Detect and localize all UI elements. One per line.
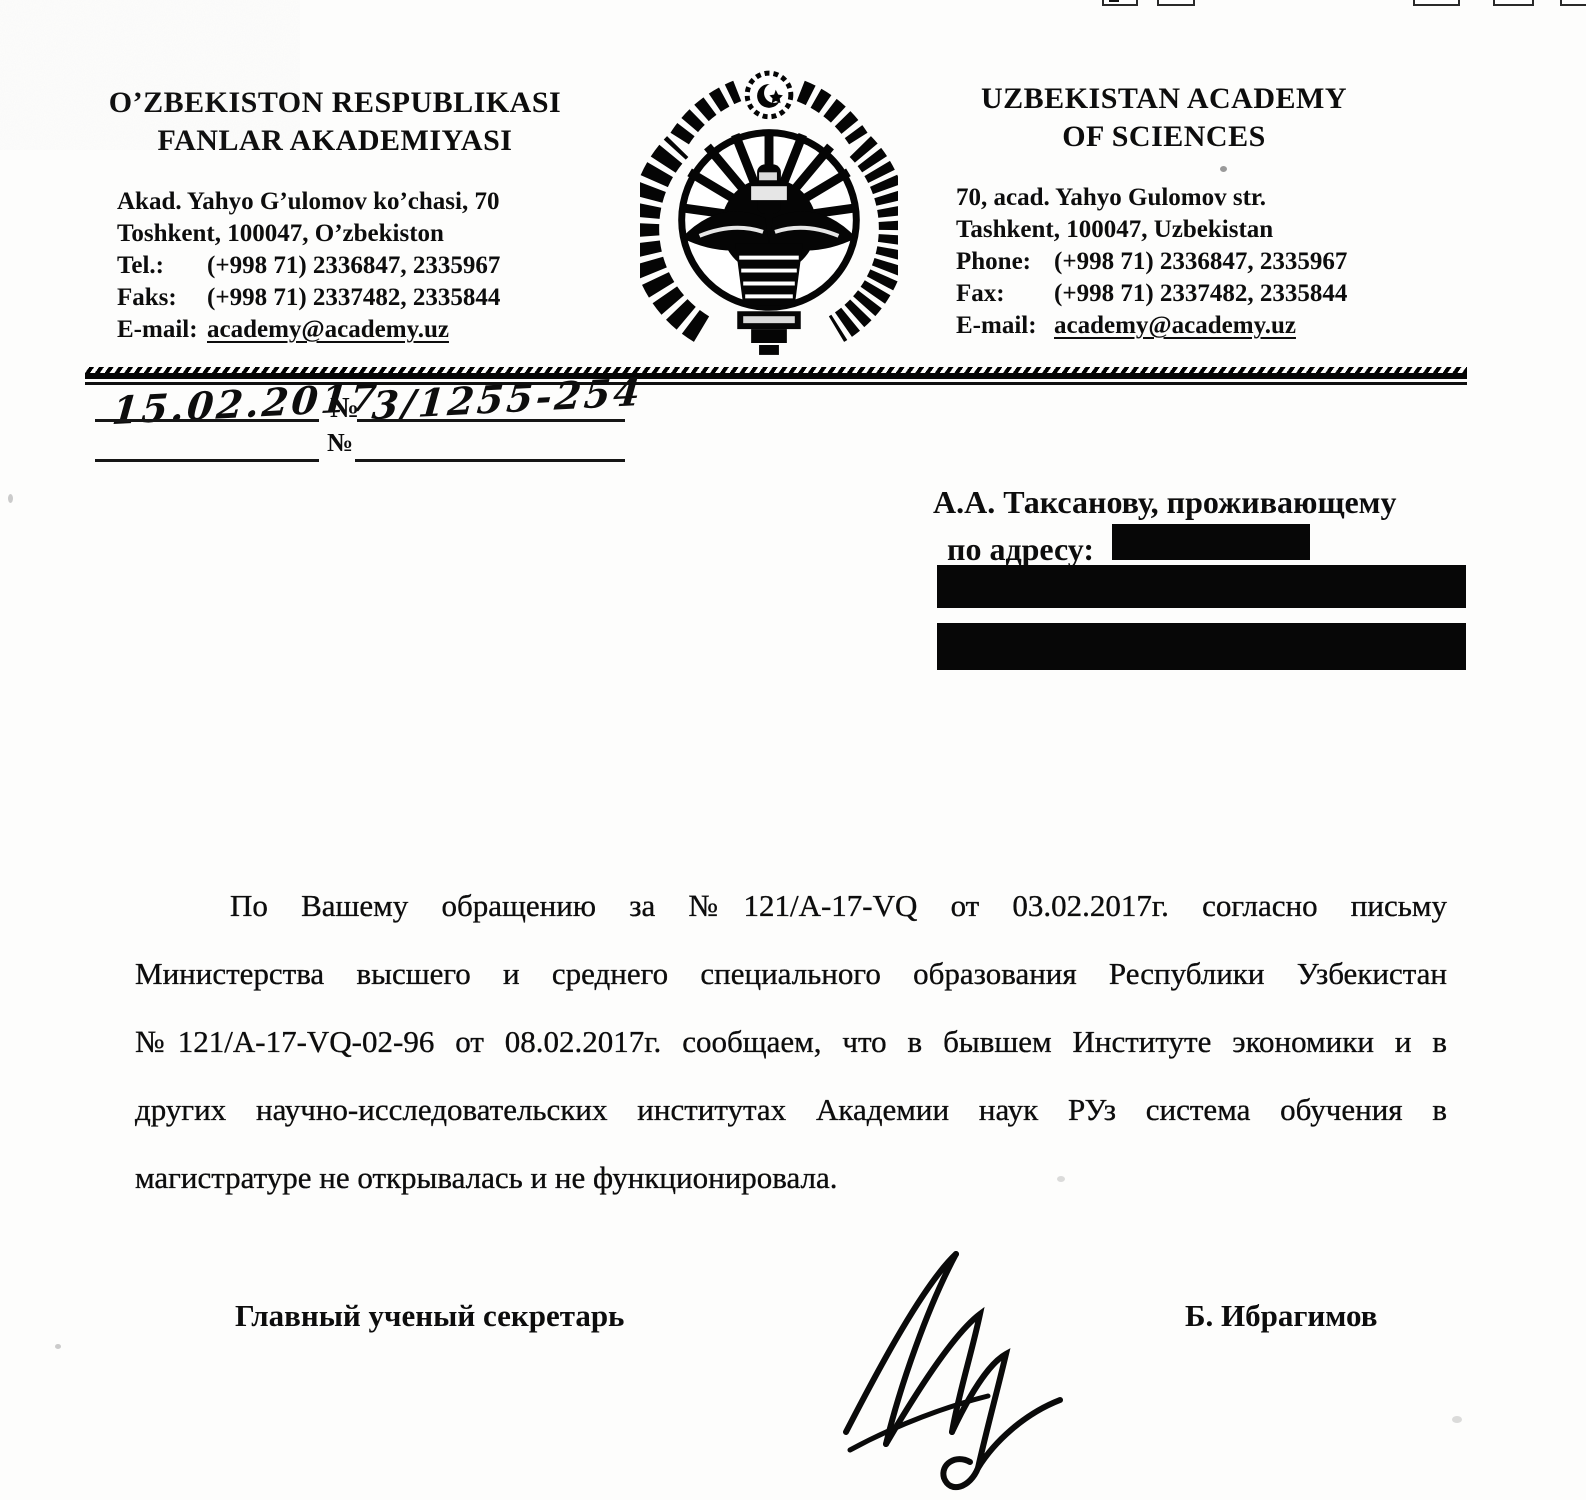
handwritten-signature: [828, 1236, 1138, 1492]
city-en: Tashkent, 100047, Uzbekistan: [956, 214, 1380, 246]
org-title-uz-line1: O’ZBEKISTON RESPUBLIKASI: [85, 84, 585, 122]
redaction-box-inline: [1112, 524, 1310, 560]
address-uz: Akad. Yahyo G’ulomov ko’chasi, 70 Toshke…: [85, 186, 585, 346]
number-sign-2: №: [327, 428, 353, 458]
letterhead-left-block: O’ZBEKISTON RESPUBLIKASI FANLAR AKADEMIY…: [85, 84, 585, 346]
phone-value-en: (+998 71) 2336847, 2335967: [1054, 246, 1347, 278]
org-title-uz-line2: FANLAR AKADEMIYASI: [85, 122, 585, 160]
body-line-4: других научно-исследовательских институт…: [135, 1076, 1447, 1144]
letterhead-right-block: UZBEKISTAN ACADEMY OF SCIENCES 70, acad.…: [948, 80, 1380, 342]
fax-row-uz: Faks: (+998 71) 2337482, 2335844: [117, 282, 585, 314]
number-sign-1: №: [330, 392, 359, 425]
fax-row-en: Fax: (+998 71) 2337482, 2335844: [956, 278, 1380, 310]
button-glyph-fragment: [1109, 0, 1119, 2]
body-line-2: Министерства высшего и среднего специаль…: [135, 940, 1447, 1008]
email-label-uz: E-mail:: [117, 314, 207, 346]
date-underline: [95, 419, 319, 422]
address-en: 70, acad. Yahyo Gulomov str. Tashkent, 1…: [948, 182, 1380, 342]
cropped-toolbar-button[interactable]: [1493, 0, 1534, 6]
phone-value-uz: (+998 71) 2336847, 2335967: [207, 250, 500, 282]
blank-date-underline: [95, 459, 319, 462]
cropped-toolbar-button[interactable]: [1157, 0, 1195, 6]
scanned-letter-page: O’ZBEKISTON RESPUBLIKASI FANLAR AKADEMIY…: [0, 0, 1586, 1500]
cropped-toolbar-button[interactable]: [1413, 0, 1460, 6]
addressee-address-label: по адресу:: [947, 531, 1094, 568]
letter-body: По Вашему обращению за №121/А-17-VQ от 0…: [135, 872, 1447, 1212]
fax-label-en: Fax:: [956, 278, 1054, 310]
email-row-en: E-mail: academy@academy.uz: [956, 310, 1380, 342]
org-title-en-line1: UZBEKISTAN ACADEMY: [948, 80, 1380, 118]
scan-speck: [1452, 1416, 1462, 1423]
email-value-en: academy@academy.uz: [1054, 310, 1296, 342]
cropped-toolbar-button[interactable]: [1560, 0, 1586, 6]
body-line-5: магистратуре не открывалась и не функцио…: [135, 1144, 1447, 1212]
email-label-en: E-mail:: [956, 310, 1054, 342]
org-title-en-line2: OF SCIENCES: [948, 118, 1380, 156]
fax-label-uz: Faks:: [117, 282, 207, 314]
ref-number-underline: [357, 419, 625, 422]
fax-value-en: (+998 71) 2337482, 2335844: [1054, 278, 1347, 310]
fax-value-uz: (+998 71) 2337482, 2335844: [207, 282, 500, 314]
scan-speck: [8, 494, 13, 503]
uzbekistan-state-emblem-icon: [640, 68, 898, 360]
scan-speck: [55, 1344, 61, 1349]
email-row-uz: E-mail: academy@academy.uz: [117, 314, 585, 346]
signer-position-title: Главный ученый секретарь: [235, 1298, 624, 1334]
body-line-3: №121/А-17-VQ-02-96 от 08.02.2017г. сообщ…: [135, 1008, 1447, 1076]
redaction-bar-1: [937, 565, 1466, 608]
redaction-bar-2: [937, 623, 1466, 670]
body-line-1: По Вашему обращению за №121/А-17-VQ от 0…: [135, 872, 1447, 940]
street-uz: Akad. Yahyo G’ulomov ko’chasi, 70: [117, 186, 585, 218]
phone-label-uz: Tel.:: [117, 250, 207, 282]
city-uz: Toshkent, 100047, O’zbekiston: [117, 218, 585, 250]
email-value-uz: academy@academy.uz: [207, 314, 449, 346]
phone-row-en: Phone: (+998 71) 2336847, 2335967: [956, 246, 1380, 278]
phone-row-uz: Tel.: (+998 71) 2336847, 2335967: [117, 250, 585, 282]
signer-name: Б. Ибрагимов: [1185, 1298, 1377, 1334]
street-en: 70, acad. Yahyo Gulomov str.: [956, 182, 1380, 214]
blank-ref-underline: [355, 459, 625, 462]
cropped-toolbar-button[interactable]: [1102, 0, 1138, 6]
phone-label-en: Phone:: [956, 246, 1054, 278]
addressee-name-line: А.А. Таксанову, проживающему: [933, 484, 1396, 521]
